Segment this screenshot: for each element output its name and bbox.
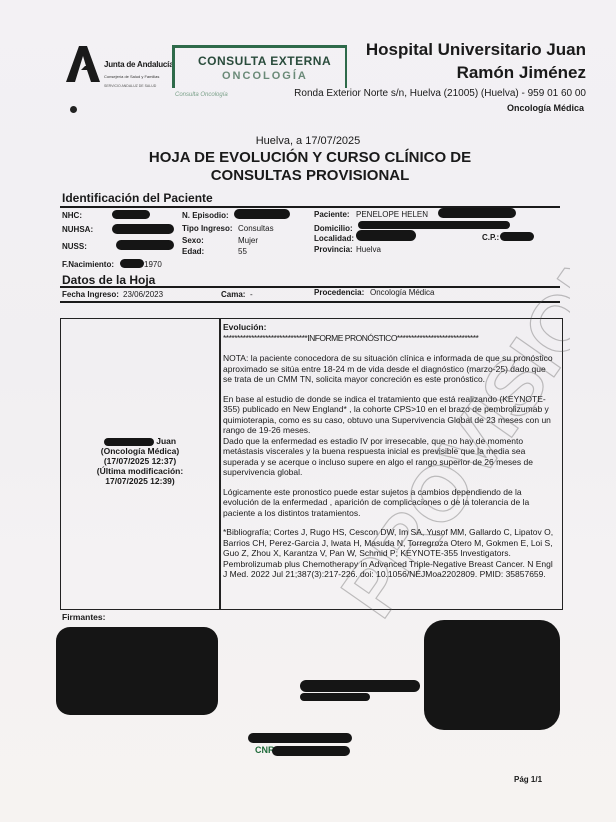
author-department: (Oncología Médica) (62, 446, 218, 456)
admission-date-value: 23/06/2023 (123, 290, 163, 299)
redacted-postal-code (500, 232, 534, 241)
nhc-label: NHC: (62, 211, 82, 220)
author-modified: 17/07/2025 12:39) (62, 476, 218, 486)
org-logo-text: Junta de Andalucía (104, 60, 173, 69)
redacted-signature-line (300, 680, 420, 692)
author-name: Juan (156, 436, 176, 446)
redacted-author-surname (104, 438, 154, 446)
title-line-2: CONSULTAS PROVISIONAL (120, 167, 500, 185)
admission-date-label: Fecha Ingreso: (62, 290, 119, 299)
hospital-name-line-1: Hospital Universitario Juan (366, 40, 586, 60)
redacted-signer-1 (56, 627, 218, 715)
birth-date-label: F.Nacimiento: (62, 260, 114, 269)
stamp-line-2: ONCOLOGÍA (222, 70, 308, 82)
province-value: Huelva (356, 245, 381, 254)
place-date: Huelva, a 17/07/2025 (0, 135, 616, 147)
locality-label: Localidad: (314, 234, 354, 243)
page-number: Pág 1/1 (514, 775, 542, 784)
redacted-surname (438, 208, 516, 218)
nuss-label: NUSS: (62, 242, 87, 251)
redacted-signer-2 (424, 620, 560, 730)
document-title: HOJA DE EVOLUCIÓN Y CURSO CLÍNICO DE CON… (120, 149, 500, 185)
redacted-nuss (116, 240, 174, 250)
postal-code-label: C.P.: (482, 233, 499, 242)
patient-section-title: Identificación del Paciente (62, 191, 213, 205)
age-label: Edad: (182, 247, 204, 256)
bed-value: - (250, 290, 253, 299)
redacted-cnr (272, 746, 350, 756)
author-block: Juan (Oncología Médica) (17/07/2025 12:3… (62, 436, 218, 486)
sex-value: Mujer (238, 236, 258, 245)
birth-year: 1970 (144, 260, 162, 269)
redacted-episode (234, 209, 290, 219)
sheet-section-title: Datos de la Hoja (62, 273, 155, 287)
evolution-heading: Evolución: (223, 322, 556, 333)
bed-label: Cama: (221, 290, 245, 299)
redacted-signature-line-2 (300, 693, 370, 701)
table-column-divider (219, 318, 221, 609)
stamp-signature: Consulta Oncología (175, 92, 228, 98)
org-sub-text-2: SERVICIO ANDALUZ DE SALUD (104, 84, 156, 88)
punch-hole-dot (70, 106, 77, 113)
hospital-address: Ronda Exterior Norte s/n, Huelva (21005)… (294, 88, 586, 99)
nuhsa-label: NUHSA: (62, 225, 93, 234)
redacted-nuhsa (112, 224, 174, 234)
sex-label: Sexo: (182, 236, 204, 245)
author-created: (17/07/2025 12:37) (62, 456, 218, 466)
origin-value: Oncología Médica (370, 288, 434, 297)
evolution-paragraph-4: Lógicamente este pronostico puede estar … (223, 487, 556, 519)
redacted-birth-date (120, 259, 144, 268)
redacted-nhc (112, 210, 150, 219)
bibliography: *Bibliografía; Cortes J, Rugo HS, Cescon… (223, 527, 556, 580)
hospital-name-line-2: Ramón Jiménez (457, 63, 586, 83)
report-title: ******************************INFORME PR… (223, 333, 556, 344)
origin-label: Procedencia: (314, 288, 364, 297)
province-label: Provincia: (314, 245, 353, 254)
divider (60, 301, 560, 303)
age-value: 55 (238, 247, 247, 256)
redacted-locality (356, 230, 416, 241)
admission-type-value: Consultas (238, 224, 274, 233)
hospital-department: Oncología Médica (507, 103, 584, 113)
address-label: Domicilio: (314, 224, 353, 233)
signers-label: Firmantes: (62, 612, 105, 622)
admission-type-label: Tipo Ingreso: (182, 224, 233, 233)
evolution-paragraph-1: NOTA: la paciente conocedora de su situa… (223, 353, 556, 385)
junta-andalucia-logo-icon (66, 46, 100, 82)
patient-label: Paciente: (314, 210, 350, 219)
author-modified-label: (Última modificación: (62, 466, 218, 476)
divider (60, 286, 560, 288)
episode-label: N. Episodio: (182, 211, 229, 220)
evolution-content: Evolución: *****************************… (223, 322, 556, 589)
patient-name: PENELOPE HELEN (356, 210, 428, 219)
stamp-line-1: CONSULTA EXTERNA (198, 54, 331, 68)
title-line-1: HOJA DE EVOLUCIÓN Y CURSO CLÍNICO DE (120, 149, 500, 167)
org-sub-text: Consejería de Salud y Familias (104, 74, 159, 79)
evolution-paragraph-2: En base al estudio de donde se indica el… (223, 394, 556, 436)
evolution-paragraph-3: Dado que la enfermedad es estadio IV por… (223, 436, 556, 478)
redacted-address (358, 221, 510, 229)
redacted-signer-name (248, 733, 352, 743)
